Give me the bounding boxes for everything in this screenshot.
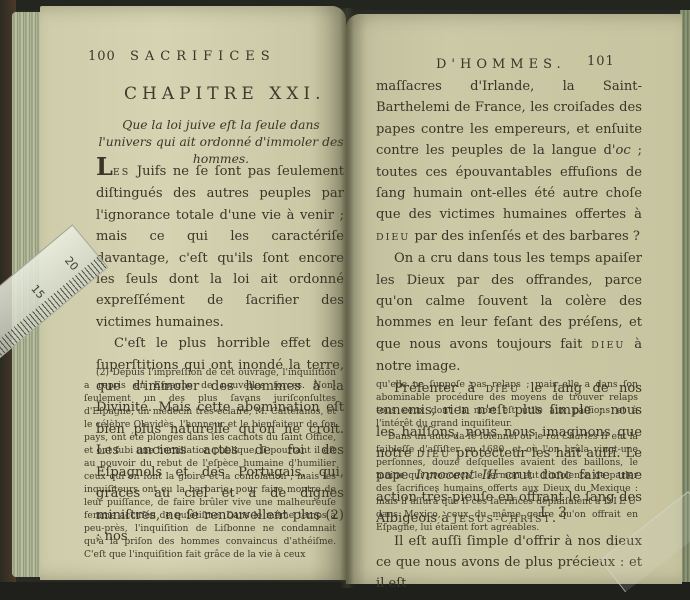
right-running-head: D'HOMMES. <box>436 57 566 72</box>
right-footnote-continued: qu'elle ne ſuppoſe pas relaps ; mais ell… <box>376 378 638 534</box>
italic-text: Charles II <box>562 431 608 442</box>
book-photograph: 100 SACRIFICES CHAPITRE XXI. Que la loi … <box>0 0 690 600</box>
text-run: Dans un auto-da-fé ſolennel où le roi <box>388 431 562 442</box>
small-caps-lead: ES <box>113 167 130 178</box>
italic-text: oc <box>616 143 631 158</box>
footnote-paragraph: qu'elle ne ſuppoſe pas relaps ; mais ell… <box>376 378 638 430</box>
ruler-label-15: 15 <box>28 282 47 301</box>
text-run: par des inſenſés et des barbares ? <box>410 229 640 244</box>
right-paragraph: maſſacres d'Irlande, la Saint-Barthelemi… <box>376 76 642 248</box>
text-run: maſſacres d'Irlande, la Saint-Barthelemi… <box>376 79 642 158</box>
right-folio: 101 <box>587 54 615 69</box>
small-caps-text: DIEU <box>591 340 625 351</box>
drop-cap: L <box>96 152 113 181</box>
chapter-title: CHAPITRE XXI. <box>124 84 326 104</box>
left-footnote: (2) Depuis l'impreſſion de cet ouvrage, … <box>84 366 336 561</box>
left-folio: 100 <box>88 49 116 64</box>
signature-mark: I 3 <box>540 505 571 521</box>
text-run: On a cru dans tous les temps apaiſer les… <box>376 251 642 352</box>
small-caps-text: DIEU <box>604 496 638 507</box>
footnote-paragraph: Dans un auto-da-fé ſolennel où le roi Ch… <box>376 430 638 534</box>
left-running-head: SACRIFICES <box>130 49 276 64</box>
left-paragraph: LES Juifs ne ſe ſont pas ſeulement diſti… <box>96 160 344 333</box>
ruler-label-20: 20 <box>62 254 81 273</box>
text-run: dans Mexico, ceux du même genre qu'on of… <box>376 509 638 533</box>
right-paragraph: On a cru dans tous les temps apaiſer les… <box>376 248 642 377</box>
text-run: qu'elle ne ſuppoſe pas relaps ; mais ell… <box>376 379 638 429</box>
text-run: eut la faibleſſe d'aſſiſter en 1680, et … <box>376 431 638 507</box>
book-gutter <box>340 8 354 588</box>
small-caps-text: DIEU <box>376 232 410 243</box>
